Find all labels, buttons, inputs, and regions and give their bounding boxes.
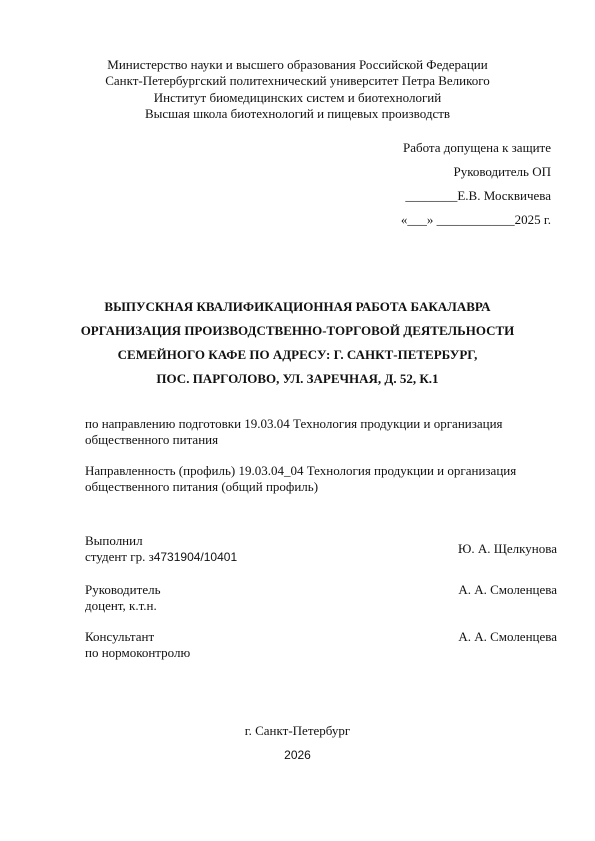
title-line-1: ВЫПУСКНАЯ КВАЛИФИКАЦИОННАЯ РАБОТА БАКАЛА… — [0, 299, 595, 315]
title-line-4: ПОС. ПАРГОЛОВО, УЛ. ЗАРЕЧНАЯ, Д. 52, К.1 — [0, 371, 595, 387]
consultant-role: Консультант — [85, 629, 154, 645]
direction-line-1: по направлению подготовки 19.03.04 Техно… — [85, 416, 503, 432]
profile-line-1: Направленность (профиль) 19.03.04_04 Тех… — [85, 463, 516, 479]
title-line-2: ОРГАНИЗАЦИЯ ПРОИЗВОДСТВЕННО-ТОРГОВОЙ ДЕЯ… — [0, 323, 595, 339]
student-group-number: 4731904/10401 — [154, 550, 237, 564]
student-group: студент гр. з4731904/10401 — [85, 549, 237, 565]
header-ministry: Министерство науки и высшего образования… — [0, 57, 595, 73]
approval-role: Руководитель ОП — [453, 164, 551, 180]
supervisor-role: Руководитель — [85, 582, 161, 598]
title-line-3: СЕМЕЙНОГО КАФЕ ПО АДРЕСУ: Г. САНКТ-ПЕТЕР… — [0, 347, 595, 363]
consultant-detail: по нормоконтролю — [85, 645, 190, 661]
direction-line-2: общественного питания — [85, 432, 218, 448]
student-name: Ю. А. Щелкунова — [458, 541, 557, 557]
approval-signature: ________Е.В. Москвичева — [405, 188, 551, 204]
approval-date: «___» ____________2025 г. — [401, 212, 551, 228]
supervisor-name: А. А. Смоленцева — [458, 582, 557, 598]
supervisor-title: доцент, к.т.н. — [85, 598, 157, 614]
header-institute: Институт биомедицинских систем и биотехн… — [0, 90, 595, 106]
consultant-name: А. А. Смоленцева — [458, 629, 557, 645]
footer-city: г. Санкт-Петербург — [0, 723, 595, 739]
student-role: Выполнил — [85, 533, 143, 549]
footer-year: 2026 — [0, 747, 595, 763]
header-school: Высшая школа биотехнологий и пищевых про… — [0, 106, 595, 122]
profile-line-2: общественного питания (общий профиль) — [85, 479, 318, 495]
approval-admitted: Работа допущена к защите — [403, 140, 551, 156]
header-university: Санкт-Петербургский политехнический унив… — [0, 73, 595, 89]
student-group-prefix: студент гр. з — [85, 549, 154, 564]
